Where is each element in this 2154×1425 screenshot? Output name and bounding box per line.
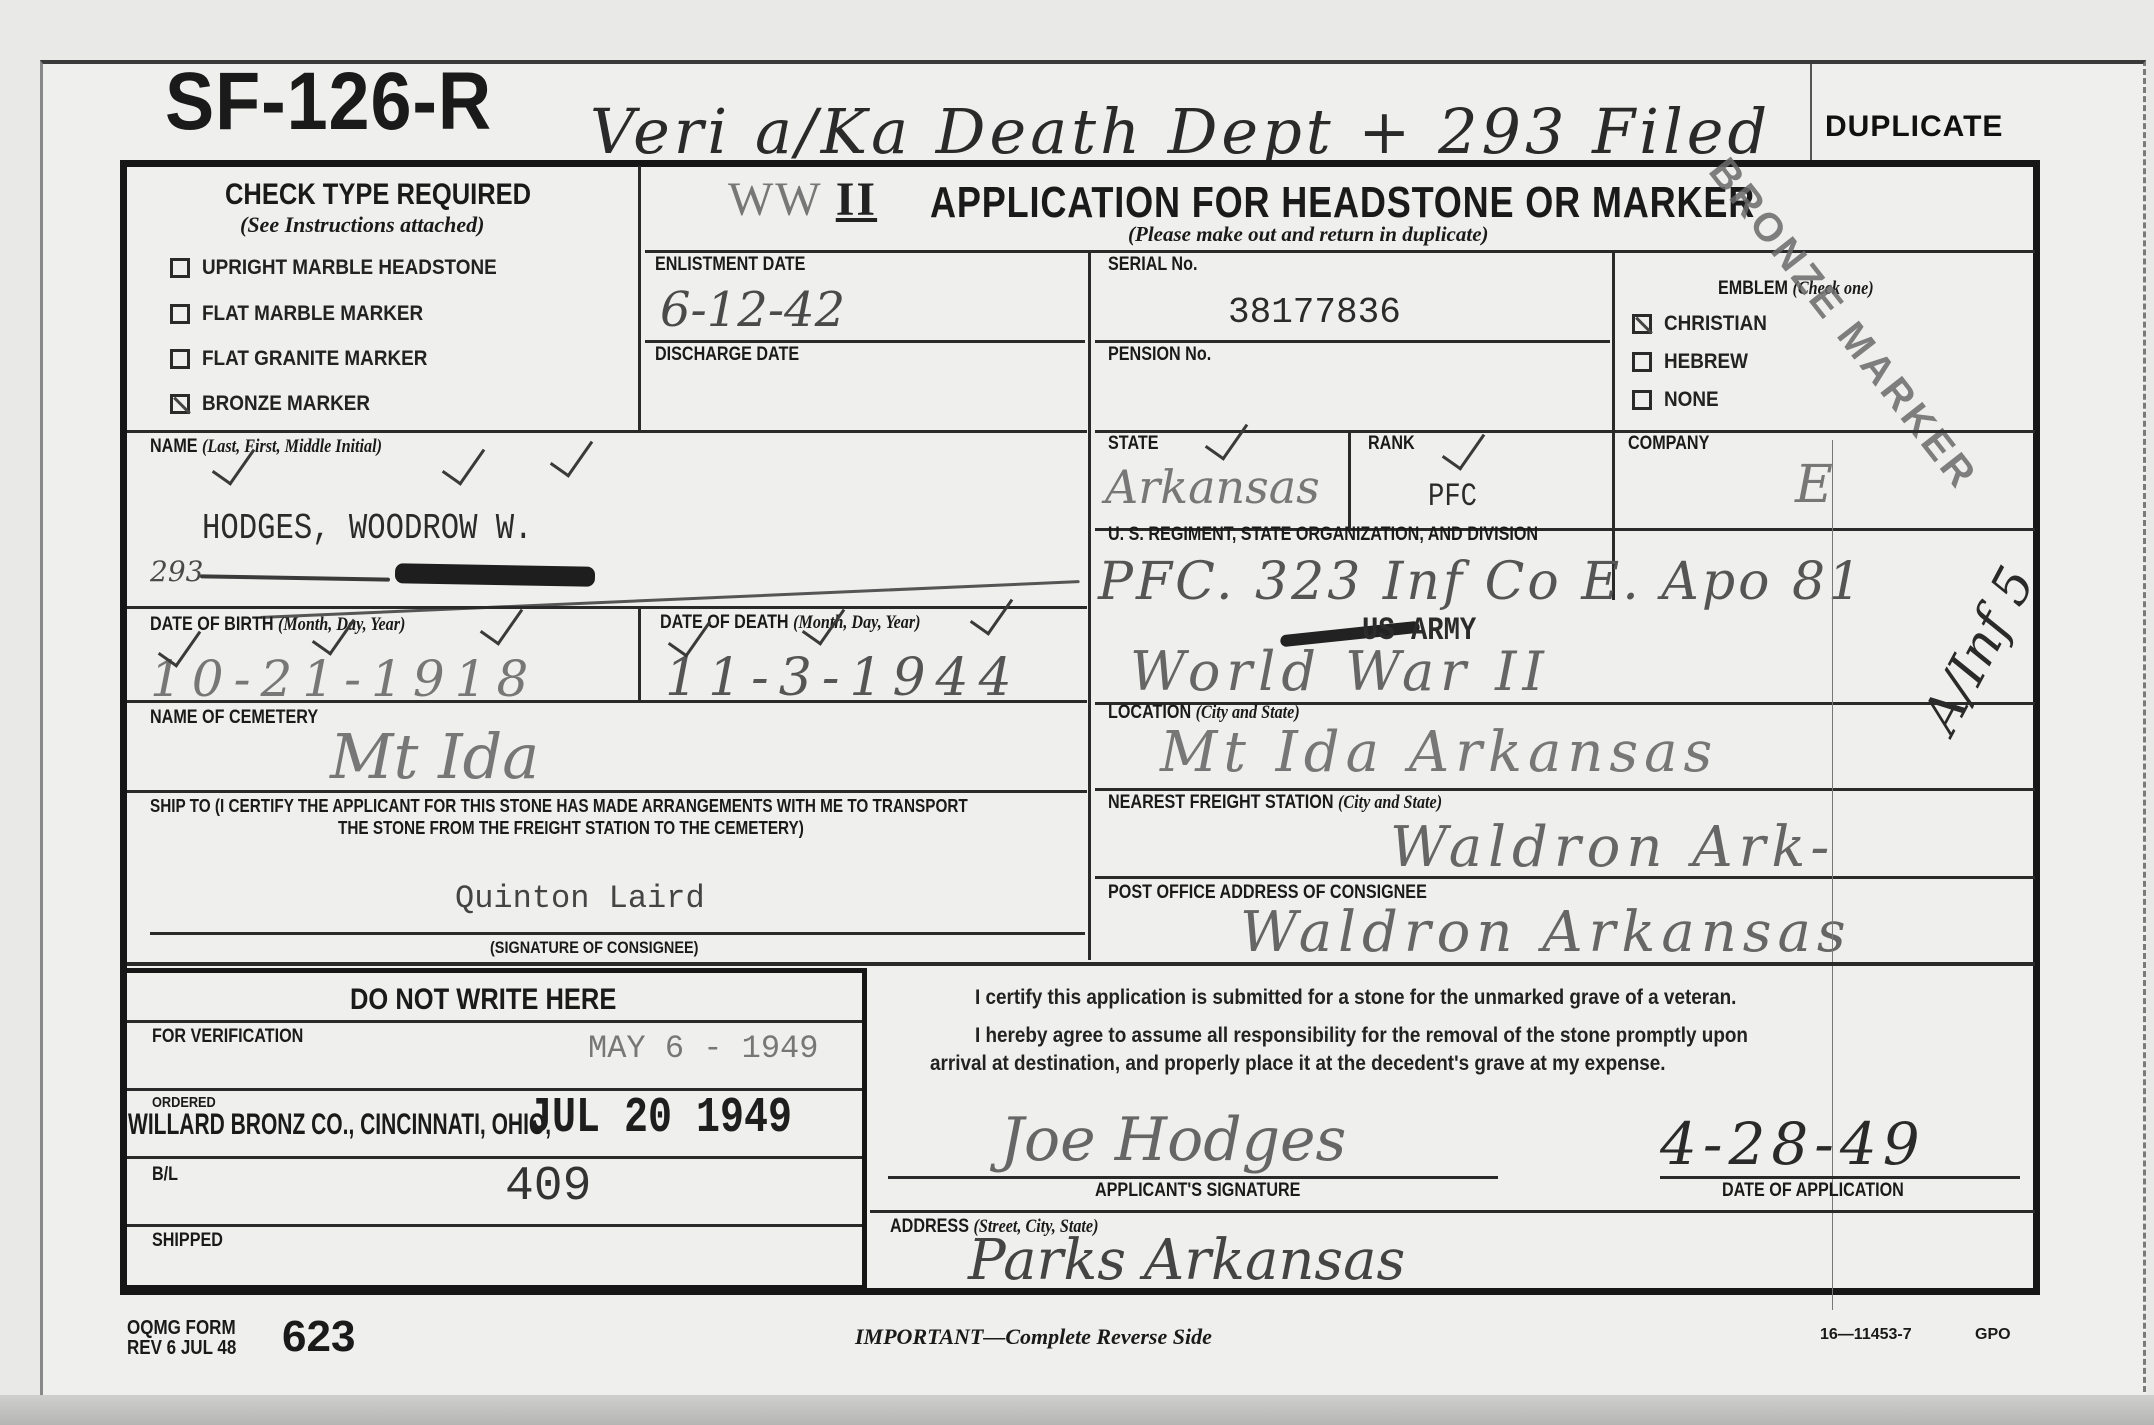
divider [645,250,2035,253]
serial-no-label: SERIAL No. [1108,254,1197,276]
checkbox-christian[interactable]: CHRISTIAN [1632,312,1778,336]
ink-redaction [395,563,595,586]
rank-value[interactable]: PFC [1428,478,1477,515]
name-margin-note: 293 [150,555,203,588]
checkbox-icon[interactable] [170,349,190,369]
cemetery-name-label: NAME OF CEMETERY [150,707,318,729]
divider [127,700,1087,703]
divider [127,790,1087,793]
application-date-label: DATE OF APPLICATION [1722,1180,1904,1202]
divider [1612,250,1615,600]
regiment-line2[interactable]: World War II [1130,640,1550,703]
divider [1348,432,1351,528]
verification-label: FOR VERIFICATION [152,1026,303,1048]
form-number: 623 [282,1312,355,1362]
consignee-signature-label: (SIGNATURE OF CONSIGNEE) [490,938,698,958]
application-date-value[interactable]: 4-28-49 [1660,1110,1926,1178]
form-code: SF-126-R [165,55,492,149]
printer-mark: GPO [1975,1326,2011,1344]
checkbox-icon[interactable] [170,304,190,324]
checkbox-hebrew[interactable]: HEBREW [1632,350,1757,374]
checkbox-bronze-marker[interactable]: BRONZE MARKER [170,392,389,416]
freight-station-label: NEAREST FREIGHT STATION (City and State) [1108,792,1442,814]
divider [127,1020,862,1023]
discharge-date-label: DISCHARGE DATE [655,344,799,366]
signature-line [150,932,1085,935]
important-note: IMPORTANT—Complete Reverse Side [855,1324,1212,1350]
address-value[interactable]: Parks Arkansas [968,1228,1405,1293]
certification-line1: I certify this application is submitted … [975,986,1736,1010]
po-address-value[interactable]: Waldron Arkansas [1240,900,1852,965]
name-label: NAME (Last, First, Middle Initial) [150,436,382,458]
checkbox-flat-granite-marker[interactable]: FLAT GRANITE MARKER [170,347,452,371]
verification-stamp: MAY 6 - 1949 [588,1030,818,1067]
consignee-signature[interactable]: Quinton Laird [455,880,705,917]
bl-label: B/L [152,1164,178,1186]
print-code: 16—11453-7 [1820,1326,1912,1344]
checkbox-icon[interactable] [1632,352,1652,372]
rank-label: RANK [1368,433,1415,455]
freight-station-value[interactable]: Waldron Ark- [1390,815,1835,880]
ordered-stamp: WILLARD BRONZ CO., CINCINNATI, OHIO, [128,1108,551,1142]
applicant-signature-label: APPLICANT'S SIGNATURE [1095,1180,1300,1202]
ww-label: WW II [728,172,877,227]
certification-line3: arrival at destination, and properly pla… [930,1052,1666,1076]
paper-edge [0,1395,2154,1425]
duplicate-stamp: DUPLICATE [1825,110,2003,144]
company-value[interactable]: E [1795,455,1833,515]
divider [1095,340,1610,343]
divider [127,430,1087,433]
pension-no-label: PENSION No. [1108,344,1211,366]
divider [645,340,1085,343]
divider [127,606,1087,609]
checkbox-upright-marble-headstone[interactable]: UPRIGHT MARBLE HEADSTONE [170,256,529,280]
divider [870,1210,2035,1213]
checked-box-icon[interactable] [170,394,190,414]
state-value[interactable]: Arkansas [1105,460,1320,514]
signature-line [888,1176,1498,1179]
top-handwritten-note: Veri a/Ka Death Dept + 293 Filed [590,95,1771,168]
checkbox-icon[interactable] [1632,390,1652,410]
divider [127,1224,862,1227]
divider [1095,876,2035,879]
bl-value: 409 [505,1160,591,1214]
regiment-label: U. S. REGIMENT, STATE ORGANIZATION, AND … [1108,524,1538,546]
divider [127,1156,862,1159]
serial-no-value[interactable]: 38177836 [1228,292,1401,333]
ordered-date: JUL 20 1949 [528,1090,792,1147]
duplicate-divider [1810,64,1812,164]
company-label: COMPANY [1628,433,1709,455]
cemetery-name-value[interactable]: Mt Ida [330,720,539,793]
applicant-signature-value[interactable]: Joe Hodges [1000,1105,1346,1175]
shipped-label: SHIPPED [152,1230,223,1252]
ship-to-label-line2: THE STONE FROM THE FREIGHT STATION TO TH… [338,818,804,839]
office-use-heading: DO NOT WRITE HERE [350,983,616,1017]
enlistment-date-value[interactable]: 6-12-42 [660,282,845,338]
signature-line [1660,1176,2020,1179]
form-id: OQMG FORM REV 6 JUL 48 [127,1318,236,1358]
name-value[interactable]: HODGES, WOODROW W. [202,508,533,549]
form-subtitle: (Please make out and return in duplicate… [1128,222,1489,247]
checkbox-icon[interactable] [170,258,190,278]
checked-box-icon[interactable] [1632,314,1652,334]
check-type-subheading: (See Instructions attached) [240,212,484,238]
divider [1088,250,1091,960]
check-type-heading: CHECK TYPE REQUIRED [225,178,531,212]
regiment-value[interactable]: PFC. 323 Inf Co E. Apo 81 [1098,552,1864,612]
divider [638,606,641,700]
divider [127,962,2035,966]
ship-to-label: SHIP TO (I CERTIFY THE APPLICANT FOR THI… [150,796,968,817]
checkbox-none[interactable]: NONE [1632,388,1725,412]
enlistment-date-label: ENLISTMENT DATE [655,254,805,276]
divider [638,166,641,432]
dod-value[interactable]: 11-3-1944 [665,648,1022,708]
certification-line2: I hereby agree to assume all responsibil… [975,1024,1748,1048]
location-value[interactable]: Mt Ida Arkansas [1160,720,1718,785]
divider [1095,788,2035,791]
checkbox-flat-marble-marker[interactable]: FLAT MARBLE MARKER [170,302,448,326]
state-label: STATE [1108,433,1159,455]
form-title: APPLICATION FOR HEADSTONE OR MARKER [930,178,1755,228]
